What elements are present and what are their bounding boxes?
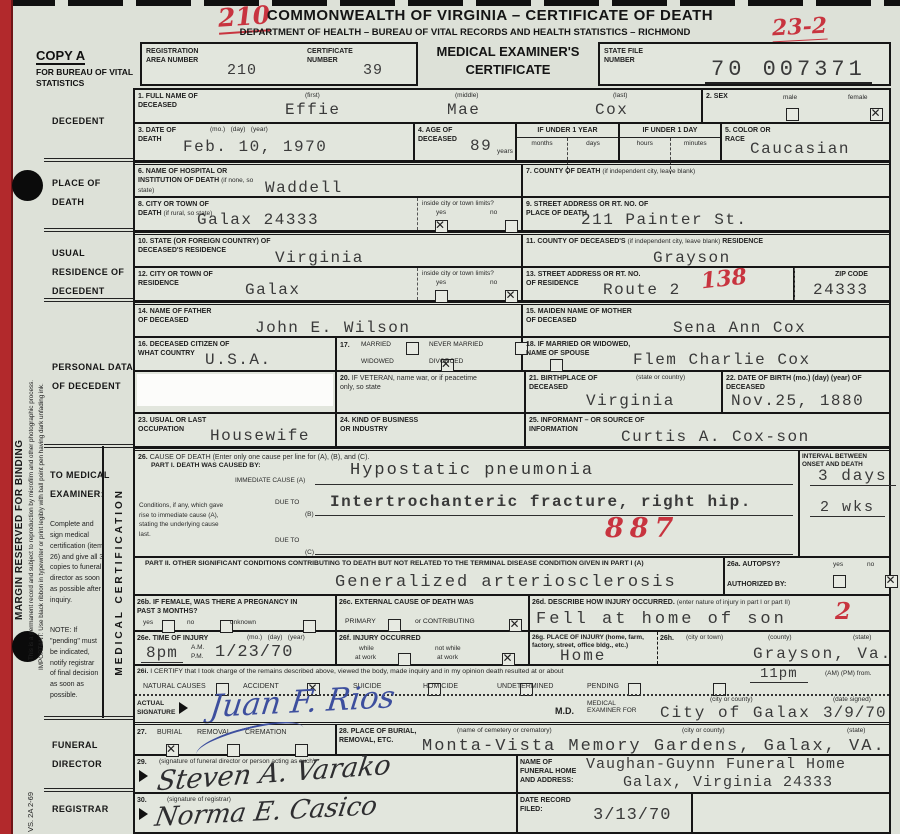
row-registrar: 30. (signature of registrar) Norma E. Ca… xyxy=(135,794,889,832)
row-citizen-marital: 16. DECEASED CITIZEN OF WHAT COUNTRY U.S… xyxy=(135,338,889,372)
field-sex: 2. SEX male female xyxy=(703,90,889,122)
interval-a-value: 3 days xyxy=(810,467,896,486)
medical-examiner-for-label: MEDICAL xyxy=(587,700,616,707)
field-funeral-director-signature: 29. (signature of funeral director or pe… xyxy=(135,756,518,792)
registration-area-box: REGISTRATION AREA NUMBER 210 xyxy=(140,42,305,86)
field-marital-status: 17. MARRIED NEVER MARRIED WIDOWED DIVORC… xyxy=(337,338,523,370)
field-place-of-injury: 26g. PLACE OF INJURY (home, farm, factor… xyxy=(530,632,658,664)
field-label: RESIDENCE xyxy=(722,238,763,245)
injury-location-value: Grayson, Va. xyxy=(753,645,892,663)
field-veteran: 20. IF VETERAN, name war, or if peacetim… xyxy=(337,372,526,412)
yes-label: yes xyxy=(833,561,843,568)
hint-last: (last) xyxy=(613,92,627,99)
sidebar-place-of-death: PLACE OF DEATH xyxy=(52,174,114,212)
row-funeral-director: 29. (signature of funeral director or pe… xyxy=(135,756,889,794)
sidebar-pending-note: NOTE: If "pending" must be indicated, no… xyxy=(50,626,102,702)
checkbox-male xyxy=(786,108,799,121)
state-file-number-value: 70 007371 xyxy=(705,57,872,84)
primary-label: PRIMARY xyxy=(345,618,376,627)
field-label: MAIDEN NAME OF MOTHER OF DECEASED xyxy=(526,308,632,324)
birthplace-value: Virginia xyxy=(586,392,675,410)
widowed-label: WIDOWED xyxy=(361,358,394,366)
place-of-burial-value: Monta-Vista Memory Gardens, Galax, VA. xyxy=(422,737,886,756)
field-label: DESCRIBE HOW INJURY OCCURRED. xyxy=(548,599,675,606)
undetermined-label: UNDETERMINED xyxy=(497,683,553,690)
field-number: 6. xyxy=(138,168,144,175)
natural-causes-label: NATURAL CAUSES xyxy=(143,683,206,690)
row-residence-state: 10. STATE (OR FOREIGN COUNTRY) OF DECEAS… xyxy=(135,232,889,268)
funeral-home-name: Vaughan-Guynn Funeral Home xyxy=(586,756,846,773)
field-label: CITY OR TOWN OF RESIDENCE xyxy=(138,271,213,287)
medical-examiner-title-line2: CERTIFICATE xyxy=(418,62,598,77)
citizen-value: U.S.A. xyxy=(205,351,272,369)
date-hints: (mo.) (day) (year) xyxy=(210,126,268,133)
field-number: 23. xyxy=(138,417,148,424)
pm-label: P.M. xyxy=(191,653,204,660)
row-part2-autopsy: PART II. OTHER SIGNIFICANT CONDITIONS CO… xyxy=(135,558,889,596)
field-number: 12. xyxy=(138,271,148,278)
field-number: 29. xyxy=(137,758,147,767)
cause-c-line xyxy=(315,554,793,555)
yes-label: yes xyxy=(143,619,153,626)
field-number: 26e. xyxy=(137,635,151,642)
row-veteran-birth: 20. IF VETERAN, name war, or if peacetim… xyxy=(135,372,889,414)
yes-label: yes xyxy=(436,279,446,286)
margin-binding-text: MARGIN RESERVED FOR BINDING xyxy=(14,290,25,620)
date-signed-hint: (date signed) xyxy=(833,696,871,703)
at-work-label: at work xyxy=(437,654,458,661)
c-label: (C) xyxy=(305,549,314,556)
medical-certification-label: MEDICAL CERTIFICATION xyxy=(114,488,125,676)
no-label: no xyxy=(867,561,874,568)
city-of-death-value: Galax 24333 xyxy=(197,211,319,229)
residence-county-value: Grayson xyxy=(653,249,731,267)
handwritten-2: 2 xyxy=(835,598,851,625)
row-residence-city: 12. CITY OR TOWN OF RESIDENCE Galax insi… xyxy=(135,268,889,302)
medical-examiner-title: MEDICAL EXAMINER'S CERTIFICATE xyxy=(418,44,598,77)
burial-label: BURIAL xyxy=(157,729,182,736)
medical-examiner-title-line1: MEDICAL EXAMINER'S xyxy=(418,44,598,59)
limits-question: inside city or town limits? xyxy=(422,270,494,277)
cause-b-value: Intertrochanteric fracture, right hip. xyxy=(330,493,752,511)
actual-label: ACTUAL xyxy=(137,700,164,707)
date-of-death-value: Feb. 10, 1970 xyxy=(183,138,327,156)
field-label: AUTOPSY? xyxy=(742,561,780,568)
field-label: NAME OF FATHER OF DECEASED xyxy=(138,308,211,324)
never-married-label: NEVER MARRIED xyxy=(429,341,483,349)
field-mother-name: 15. MAIDEN NAME OF MOTHER OF DECEASED Se… xyxy=(523,305,889,336)
signature-label: SIGNATURE xyxy=(137,709,175,716)
field-number: 26. xyxy=(138,454,148,461)
field-date-of-birth: 22. DATE OF BIRTH (mo.) (day) (year) OF … xyxy=(723,372,889,412)
row-parents: 14. NAME OF FATHER OF DECEASED John E. W… xyxy=(135,302,889,338)
cause-a-line xyxy=(315,484,793,485)
field-number: 26d. xyxy=(532,599,546,606)
field-spouse-name: 18. IF MARRIED OR WIDOWED, NAME OF SPOUS… xyxy=(523,338,889,370)
punch-hole-top xyxy=(12,170,43,201)
no-label: no xyxy=(187,619,194,626)
sidebar-divider xyxy=(44,298,133,302)
immediate-cause-label: IMMEDIATE CAUSE (A) xyxy=(235,477,305,484)
row-name-sex: 1. FULL NAME OF DECEASED (first) (middle… xyxy=(135,90,889,124)
margin-important-note-2: This is a permanent record and subject t… xyxy=(28,260,35,660)
age-unit: years xyxy=(497,148,513,155)
field-label: KIND OF BUSINESS OR INDUSTRY xyxy=(340,417,418,433)
city-limits-area: inside city or town limits? yes no xyxy=(417,268,524,300)
field-label: COUNTY OF DEATH xyxy=(534,168,601,175)
middle-name-value: Mae xyxy=(447,101,480,119)
male-label: male xyxy=(783,94,797,101)
field-label: USUAL OR LAST OCCUPATION xyxy=(138,417,206,433)
sidebar-examiner-note: Complete and sign medical certification … xyxy=(50,520,106,607)
certificate-title: COMMONWEALTH OF VIRGINIA – CERTIFICATE O… xyxy=(140,7,840,24)
field-father-name: 14. NAME OF FATHER OF DECEASED John E. W… xyxy=(135,305,523,336)
female-label: female xyxy=(848,94,868,101)
field-date-record-filed: DATE RECORD FILED: 3/13/70 xyxy=(518,794,693,832)
field-number: 15. xyxy=(526,308,536,315)
field-label: PLACE OF BURIAL, REMOVAL, ETC. xyxy=(339,728,416,744)
field-street-of-death: 9. STREET ADDRESS OR RT. NO. OF PLACE OF… xyxy=(523,198,889,230)
checkbox-contributing-checked xyxy=(509,619,522,632)
field-number: 14. xyxy=(138,308,148,315)
field-number: 2. xyxy=(706,93,712,100)
mother-name-value: Sena Ann Cox xyxy=(673,319,806,337)
field-residence-state: 10. STATE (OR FOREIGN COUNTRY) OF DECEAS… xyxy=(135,235,523,266)
field-pregnancy: 26b. IF FEMALE, WAS THERE A PREGNANCY IN… xyxy=(135,596,337,630)
row-injury-details: 26e. TIME OF INJURY (mo.) (day) (year) 8… xyxy=(135,632,889,666)
funeral-home-label: NAME OF FUNERAL HOME AND ADDRESS: xyxy=(520,758,582,785)
field-number: 22. xyxy=(726,375,736,382)
field-number: 26g. xyxy=(532,634,545,641)
field-label: IF VETERAN, name war, or if peacetime on… xyxy=(340,375,477,391)
funeral-home-address: Galax, Virginia 24333 xyxy=(623,774,833,791)
field-label: COUNTY OF DECEASED'S xyxy=(537,238,625,245)
field-number: 16. xyxy=(138,341,148,348)
field-label: INJURY OCCURRED xyxy=(353,635,421,642)
certificate-number-box: CERTIFICATE NUMBER 39 xyxy=(303,42,418,86)
field-label: IF MARRIED OR WIDOWED, NAME OF SPOUSE xyxy=(526,341,630,357)
part1-label: PART I. DEATH WAS CAUSED BY: xyxy=(151,462,261,471)
first-name-value: Effie xyxy=(285,101,341,119)
under-1-year-label: IF UNDER 1 YEAR xyxy=(517,124,618,138)
state-hint: (state) xyxy=(853,634,871,641)
field-redacted xyxy=(135,372,337,412)
field-residence-city: 12. CITY OR TOWN OF RESIDENCE Galax insi… xyxy=(135,268,523,300)
handwritten-route-number: 138 xyxy=(700,264,748,295)
field-city-of-death: 8. CITY OR TOWN OF DEATH (if rural, so s… xyxy=(135,198,523,230)
while-label: while xyxy=(359,645,374,652)
at-work-label: at work xyxy=(355,654,376,661)
field-injury-location: 26h. (city or town) (county) (state) Gra… xyxy=(658,632,889,664)
death-certificate-scan: { "header": { "title": "COMMONWEALTH OF … xyxy=(0,0,900,834)
spouse-name-value: Flem Charlie Cox xyxy=(633,351,811,369)
cemetery-hint: (name of cemetery or crematory) xyxy=(457,727,552,734)
yes-label: yes xyxy=(436,209,446,216)
field-time-of-injury: 26e. TIME OF INJURY (mo.) (day) (year) 8… xyxy=(135,632,337,664)
under-1-day-label: IF UNDER 1 DAY xyxy=(620,124,720,138)
field-part2: PART II. OTHER SIGNIFICANT CONDITIONS CO… xyxy=(135,558,725,594)
sidebar-divider xyxy=(44,228,133,232)
field-number: 26i. xyxy=(137,668,148,675)
field-number: 20. xyxy=(340,375,350,382)
form-code: VS. 2A 2-69 xyxy=(26,742,35,832)
hint-first: (first) xyxy=(305,92,320,99)
not-while-label: not while xyxy=(435,645,461,652)
field-interval: INTERVAL BETWEEN ONSET AND DEATH 3 days … xyxy=(800,451,889,556)
part2-value: Generalized arteriosclerosis xyxy=(335,573,677,592)
field-full-name: 1. FULL NAME OF DECEASED (first) (middle… xyxy=(135,90,703,122)
top-binding-strip xyxy=(0,0,900,6)
field-number: 5. xyxy=(725,127,731,134)
field-number: 28. xyxy=(339,728,349,735)
field-informant: 25. INFORMANT – OR SOURCE OF INFORMATION… xyxy=(526,414,889,446)
funeral-director-signature: Steven A. Varako xyxy=(155,750,393,798)
sidebar-divider xyxy=(44,716,133,720)
occupation-value: Housewife xyxy=(210,427,310,445)
certificate-number-value: 39 xyxy=(363,62,383,79)
md-label: M.D. xyxy=(555,706,574,718)
field-county-of-death: 7. COUNTY OF DEATH (if independent city,… xyxy=(523,165,889,196)
field-number: 7. xyxy=(526,168,532,175)
checkbox-married xyxy=(406,342,419,355)
field-label: BIRTHPLACE OF DECEASED xyxy=(529,375,597,391)
age-value: 89 xyxy=(470,137,492,155)
time-hints: (mo.) (day) (year) xyxy=(247,634,305,641)
sidebar-usual-residence: USUAL RESIDENCE OF DECEDENT xyxy=(52,244,134,301)
sidebar-divider xyxy=(44,158,133,162)
part2-label: PART II. OTHER SIGNIFICANT CONDITIONS CO… xyxy=(145,560,705,569)
due-to-b-label: DUE TO xyxy=(275,499,299,506)
row-burial: 27. BURIAL REMOVAL CREMATION 28. PLACE O… xyxy=(135,722,889,756)
field-residence-street: 13. STREET ADDRESS OR RT. NO. OF RESIDEN… xyxy=(523,268,795,300)
checkbox-female-checked xyxy=(870,108,883,121)
sidebar-registrar: REGISTRAR xyxy=(52,800,132,819)
date-signed-value: 3/9/70 xyxy=(823,704,887,723)
field-label: TIME OF INJURY xyxy=(153,635,209,642)
field-hint: (enter nature of injury in part I or par… xyxy=(677,599,790,606)
city-county-hint: (city or county) xyxy=(710,696,753,703)
sidebar-funeral-director: FUNERAL DIRECTOR xyxy=(52,736,122,774)
field-examiner-signature: ACTUALSIGNATURE Juan F. Rios M.D. MEDICA… xyxy=(135,696,889,722)
limits-question: inside city or town limits? xyxy=(422,200,494,207)
handwritten-district-number: 23-2 xyxy=(771,13,827,43)
copy-a-title: COPY A xyxy=(36,48,85,65)
homicide-label: HOMICIDE xyxy=(423,683,458,690)
field-number: 26a. xyxy=(727,561,741,568)
field-date-of-death: 3. DATE OF DEATH (mo.) (day) (year) Feb.… xyxy=(135,124,415,160)
last-name-value: Cox xyxy=(595,101,628,119)
field-label: DATE OF DEATH xyxy=(138,127,176,143)
field-number: 1. xyxy=(138,93,144,100)
date-filed-value: 3/13/70 xyxy=(593,806,671,825)
married-label: MARRIED xyxy=(361,341,391,349)
field-color-or-race: 5. COLOR OR RACE Caucasian xyxy=(722,124,889,160)
contributing-label: or CONTRIBUTING xyxy=(415,618,475,627)
county-hint: (county) xyxy=(768,634,791,641)
city-hint: (city or town) xyxy=(686,634,723,641)
conditions-note: Conditions, if any, which gave rise to i… xyxy=(139,501,231,539)
cause-a-value: Hypostatic pneumonia xyxy=(350,461,594,480)
field-hint: (if independent city, leave blank) xyxy=(602,168,695,175)
field-number: 4. xyxy=(418,127,424,134)
informant-value: Curtis A. Cox-son xyxy=(621,428,810,446)
field-number: 21. xyxy=(529,375,539,382)
field-birthplace: 21. BIRTHPLACE OF DECEASED (state or cou… xyxy=(526,372,723,412)
field-label: SEX xyxy=(714,93,728,100)
field-label: FULL NAME OF DECEASED xyxy=(138,93,198,109)
field-label: NAME OF HOSPITAL OR INSTITUTION OF DEATH xyxy=(138,168,227,184)
no-label: no xyxy=(490,209,497,216)
sidebar-personal-data: PERSONAL DATA OF DECEDENT xyxy=(52,358,134,396)
certificate-form: 1. FULL NAME OF DECEASED (first) (middle… xyxy=(133,88,891,834)
field-injury-occurred: 26f. INJURY OCCURRED while at work not w… xyxy=(337,632,530,664)
place-of-injury-value: Home xyxy=(560,647,606,665)
field-number: 9. xyxy=(526,201,532,208)
field-number: 26f. xyxy=(339,635,351,642)
unknown-label: unknown xyxy=(230,619,256,626)
ampm-from-label: (AM) (PM) from. xyxy=(825,670,872,677)
father-name-value: John E. Wilson xyxy=(255,319,410,337)
field-number: 25. xyxy=(529,417,539,424)
field-residence-county: 11. COUNTY OF DECEASED'S (if independent… xyxy=(523,235,889,266)
field-label: IF FEMALE, WAS THERE A PREGNANCY IN PAST… xyxy=(137,599,297,615)
field-hospital: 6. NAME OF HOSPITAL OR INSTITUTION OF DE… xyxy=(135,165,523,196)
residence-street-value: Route 2 xyxy=(603,281,681,299)
field-number: 11. xyxy=(526,238,535,245)
field-number: 8. xyxy=(138,201,144,208)
sidebar-decedent: DECEDENT xyxy=(52,112,132,131)
field-citizen-of: 16. DECEASED CITIZEN OF WHAT COUNTRY U.S… xyxy=(135,338,337,370)
registration-area-label: REGISTRATION AREA NUMBER xyxy=(146,47,216,65)
certificate-subtitle: DEPARTMENT OF HEALTH – BUREAU OF VITAL R… xyxy=(140,27,790,38)
copy-a-subtitle: FOR BUREAU OF VITAL STATISTICS xyxy=(36,67,136,89)
red-binding-edge xyxy=(0,0,13,834)
state-file-number-label: STATE FILE NUMBER xyxy=(604,47,649,65)
field-number: 18. xyxy=(526,341,536,348)
field-if-under-1-day: IF UNDER 1 DAY hours minutes xyxy=(620,124,722,160)
field-number: 3. xyxy=(138,127,144,134)
field-number: 24. xyxy=(340,417,350,424)
copy-a-label: COPY A FOR BUREAU OF VITAL STATISTICS xyxy=(36,47,136,89)
field-place-of-burial: 28. PLACE OF BURIAL, REMOVAL, ETC. (name… xyxy=(337,725,889,754)
checkbox-autopsy-no-checked xyxy=(885,575,898,588)
row-city-of-death: 8. CITY OR TOWN OF DEATH (if rural, so s… xyxy=(135,198,889,232)
medical-examiner-for-label2: EXAMINER FOR xyxy=(587,707,636,714)
race-value: Caucasian xyxy=(750,140,850,158)
how-injury-value: Fell at home of son xyxy=(536,610,787,629)
zip-label: ZIP CODE xyxy=(835,270,868,279)
field-external-cause: 26c. EXTERNAL CAUSE OF DEATH WAS PRIMARY… xyxy=(337,596,530,630)
field-autopsy: 26a. AUTOPSY? yes no AUTHORIZED BY: xyxy=(725,558,889,594)
residence-state-value: Virginia xyxy=(275,249,364,267)
zip-value: 24333 xyxy=(813,281,869,299)
city-county-hint: (city or county) xyxy=(682,727,725,734)
field-if-under-1-year: IF UNDER 1 YEAR months days xyxy=(517,124,620,160)
field-hint: (state or country) xyxy=(636,374,685,381)
checkbox-while-at-work xyxy=(398,653,411,666)
field-how-injury-occurred: 26d. DESCRIBE HOW INJURY OCCURRED. (ente… xyxy=(530,596,889,630)
redaction-box xyxy=(137,374,333,406)
am-label: A.M. xyxy=(191,644,204,651)
certify-text: I CERTIFY that I took charge of the rema… xyxy=(150,668,563,675)
checkbox-not-while-at-work-checked xyxy=(502,653,515,666)
handwritten-887: 887 xyxy=(605,513,679,544)
checkbox-primary xyxy=(388,619,401,632)
row-hospital: 6. NAME OF HOSPITAL OR INSTITUTION OF DE… xyxy=(135,162,889,198)
pending-label: PENDING xyxy=(587,683,619,690)
row-examiner-signature: ACTUALSIGNATURE Juan F. Rios M.D. MEDICA… xyxy=(135,694,889,722)
field-label: STATE (OR FOREIGN COUNTRY) OF DECEASED'S… xyxy=(138,238,271,254)
field-cause-of-death: 26. CAUSE OF DEATH (Enter only one cause… xyxy=(135,451,800,556)
injury-time-value: 8pm xyxy=(141,644,183,663)
examiner-for-value: City of Galax xyxy=(660,704,811,722)
residence-city-value: Galax xyxy=(245,281,301,299)
state-file-number-box: STATE FILE NUMBER 70 007371 xyxy=(598,42,891,86)
field-disposition: 27. BURIAL REMOVAL CREMATION xyxy=(135,725,337,754)
b-label: (B) xyxy=(305,511,314,518)
signature-arrow-icon xyxy=(139,770,148,782)
signature-arrow-icon xyxy=(139,808,148,820)
field-number: 26h. xyxy=(660,634,674,643)
date-filed-label: DATE RECORD FILED: xyxy=(520,796,575,814)
sidebar-to-medical-examiner: TO MEDICAL EXAMINER: xyxy=(50,466,110,504)
interval-b-value: 2 wks xyxy=(810,499,885,517)
cause-label: CAUSE OF DEATH (Enter only one cause per… xyxy=(150,454,370,461)
field-occupation: 23. USUAL OR LAST OCCUPATION Housewife xyxy=(135,414,337,446)
city-limits-area: inside city or town limits? yes no xyxy=(417,198,524,230)
field-label: DATE OF BIRTH (mo.) (day) (year) OF DECE… xyxy=(726,375,862,391)
cause-b-line xyxy=(315,515,793,516)
field-label: AGE OF DECEASED xyxy=(418,127,457,143)
field-registrar-signature: 30. (signature of registrar) Norma E. Ca… xyxy=(135,794,518,832)
injury-date-value: 1/23/70 xyxy=(215,643,293,662)
checkbox-autopsy-yes xyxy=(833,575,846,588)
field-number: 17. xyxy=(340,341,350,350)
authorized-by-label: AUTHORIZED BY: xyxy=(727,580,787,589)
hint-middle: (middle) xyxy=(455,92,478,99)
field-label: EXTERNAL CAUSE OF DEATH WAS xyxy=(355,599,474,606)
row-occupation: 23. USUAL OR LAST OCCUPATION Housewife 2… xyxy=(135,414,889,448)
sidebar-divider xyxy=(44,788,133,792)
field-number: 13. xyxy=(526,271,536,278)
row-cause-of-death: 26. CAUSE OF DEATH (Enter only one cause… xyxy=(135,448,889,558)
field-hint: (if independent city, leave blank) xyxy=(628,238,721,245)
registration-area-value: 210 xyxy=(227,62,257,79)
divorced-label: DIVORCED xyxy=(429,358,463,366)
field-number: 26c. xyxy=(339,599,353,606)
due-to-c-label: DUE TO xyxy=(275,537,299,544)
margin-important-note-1: IMPORTANT: Use black ribbon in typewrite… xyxy=(38,250,45,670)
medical-certification-bar: MEDICAL CERTIFICATION xyxy=(102,446,134,718)
field-number: 30. xyxy=(137,796,147,805)
row-injury-description: 26b. IF FEMALE, WAS THERE A PREGNANCY IN… xyxy=(135,596,889,632)
field-number: 27. xyxy=(137,728,147,737)
death-time-value: 11pm xyxy=(750,666,808,683)
no-label: no xyxy=(490,279,497,286)
state-hint: (state) xyxy=(847,727,865,734)
field-number: 10. xyxy=(138,238,148,245)
field-funeral-home: NAME OF FUNERAL HOME AND ADDRESS: Vaugha… xyxy=(518,756,889,792)
field-zip: ZIP CODE 24333 xyxy=(794,268,889,300)
signature-arrow-icon xyxy=(179,702,188,714)
row-death-date: 3. DATE OF DEATH (mo.) (day) (year) Feb.… xyxy=(135,124,889,162)
field-business: 24. KIND OF BUSINESS OR INDUSTRY xyxy=(337,414,526,446)
field-number: 26b. xyxy=(137,599,151,606)
field-age: 4. AGE OF DECEASED 89 years xyxy=(415,124,517,160)
certificate-number-label: CERTIFICATE NUMBER xyxy=(307,47,367,65)
date-of-birth-value: Nov.25, 1880 xyxy=(731,392,864,410)
field-empty xyxy=(693,794,889,832)
